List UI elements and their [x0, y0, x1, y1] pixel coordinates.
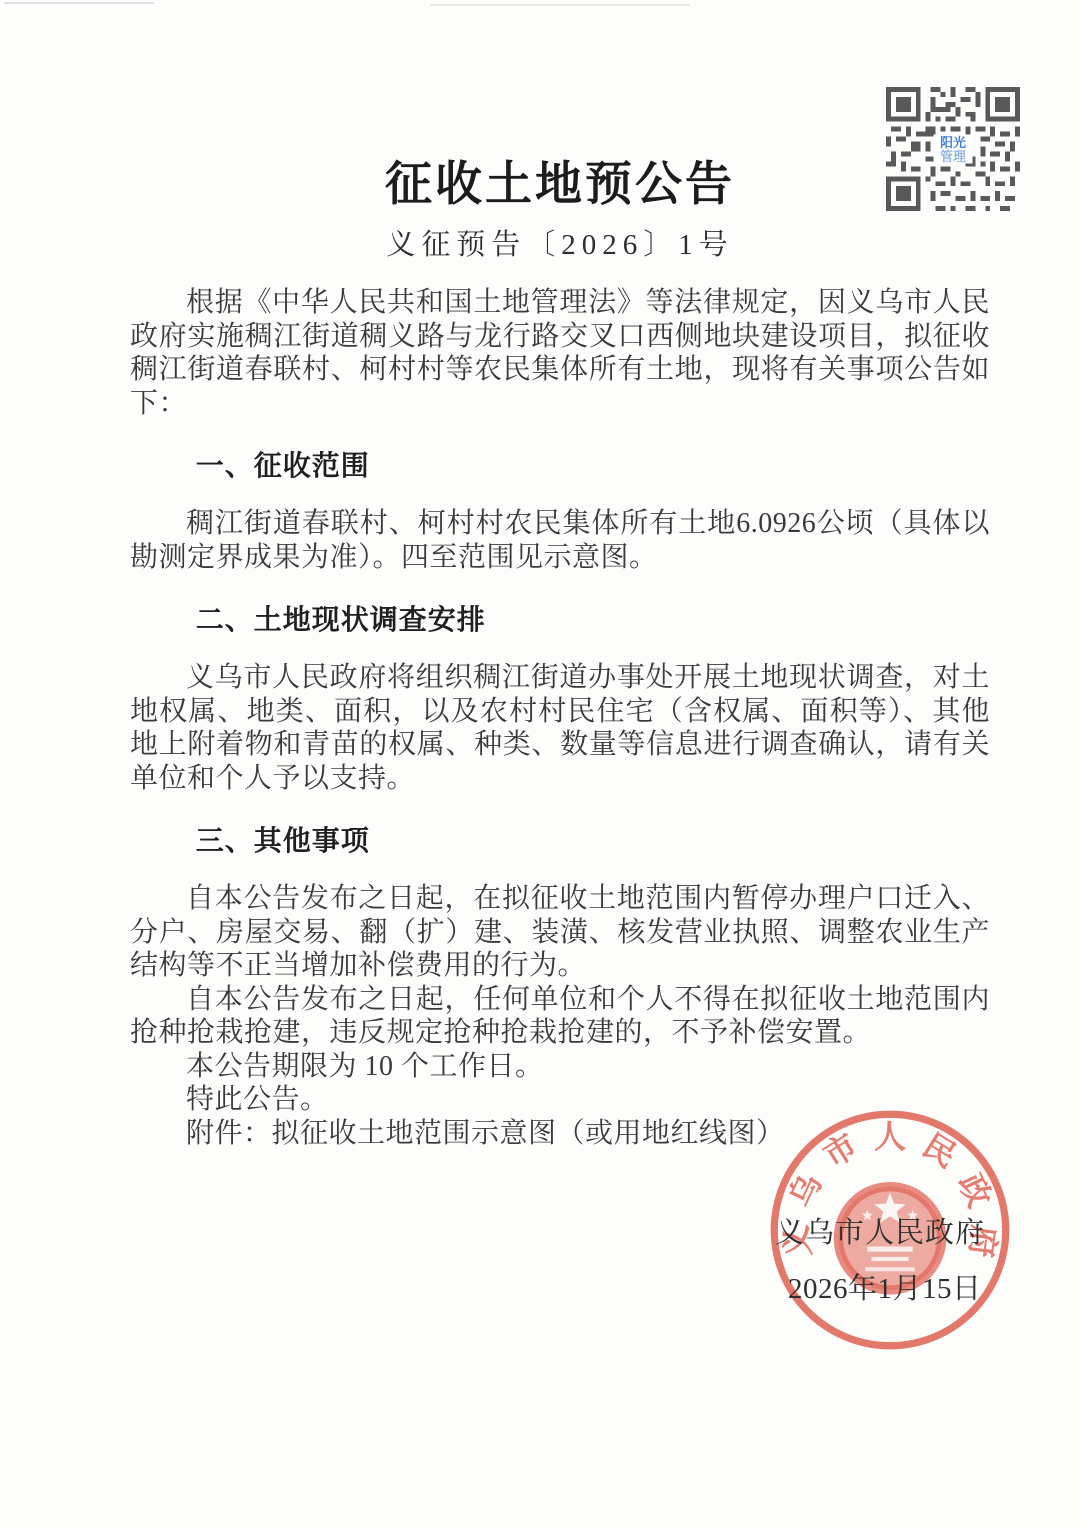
section-2-paragraph: 义乌市人民政府将组织稠江街道办事处开展土地现状调查，对土地权属、地类、面积，以及…	[130, 661, 990, 795]
section-1-heading: 一、征收范围	[130, 451, 990, 481]
section-3-paragraph-1: 自本公告发布之日起，在拟征收土地范围内暂停办理户口迁入、分户、房屋交易、翻（扩）…	[130, 882, 990, 983]
section-3-paragraph-2: 自本公告发布之日起，任何单位和个人不得在拟征收土地范围内抢种抢栽抢建，违反规定抢…	[130, 983, 990, 1050]
scan-artifact	[430, 4, 690, 6]
section-1-paragraph: 稠江街道春联村、柯村村农民集体所有土地6.0926公顷（具体以勘测定界成果为准）…	[130, 507, 990, 574]
section-3-heading: 三、其他事项	[130, 826, 990, 856]
qr-label-line1: 阳光	[940, 135, 966, 151]
intro-paragraph: 根据《中华人民共和国土地管理法》等法律规定，因义乌市人民政府实施稠江街道稠义路与…	[130, 286, 990, 420]
scan-artifact	[4, 2, 154, 4]
svg-text:人: 人	[874, 1118, 906, 1154]
document-body: 征收土地预公告 义征预告〔2026〕1号 根据《中华人民共和国土地管理法》等法律…	[130, 158, 990, 1150]
section-2-heading: 二、土地现状调查安排	[130, 605, 990, 635]
page-title: 征收土地预公告	[130, 158, 990, 212]
notice-period-line: 本公告期限为 10 个工作日。	[130, 1050, 990, 1084]
doc-number: 义征预告〔2026〕1号	[130, 228, 990, 262]
announcement-document-page: 阳光 管理 征收土地预公告 义征预告〔2026〕1号 根据《中华人民共和国土地管…	[0, 0, 1080, 1527]
issuer-signature: 义乌市人民政府	[775, 1210, 985, 1251]
issue-date: 2026年1月15日	[788, 1266, 978, 1307]
